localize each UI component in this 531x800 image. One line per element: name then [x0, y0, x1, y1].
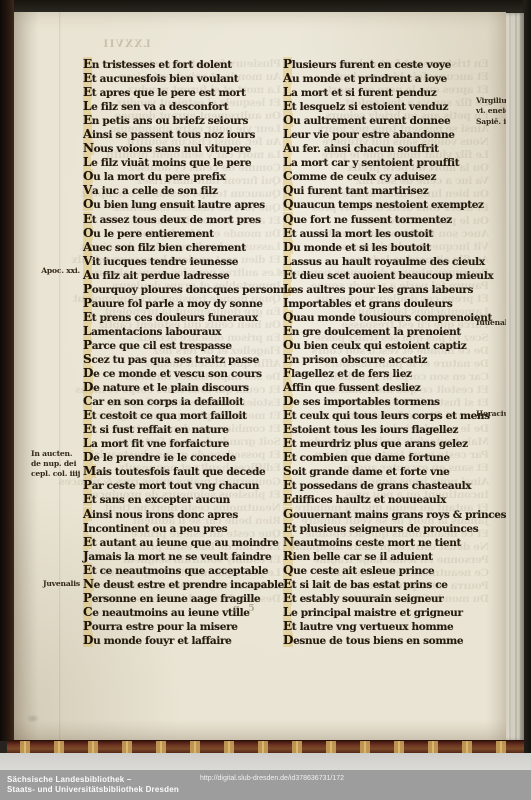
verse-line: Lamentacions labouraux — [83, 325, 283, 339]
verse-line: Affin que fussent desliez — [283, 381, 493, 395]
verse-line: La mort car y sentoient prouffit — [283, 156, 493, 170]
verse-line: Lassus au hault royaulme des cieulx — [283, 255, 493, 269]
verse-line: Et meurdriz plus que arans gelez — [283, 437, 493, 451]
margin-note-line: Apoc. xxi. — [30, 266, 80, 276]
paper-stain — [26, 714, 40, 723]
verse-line: Ou la mort du pere prefix — [83, 170, 283, 184]
verse-line: Leur vie pour estre abandonne — [283, 128, 493, 142]
verse-line: Parce que cil est trespasse — [83, 339, 283, 353]
verse-line: Ou aultrement eurent donnee — [283, 114, 493, 128]
verse-line: Comme de ceulx cy aduisez — [283, 170, 493, 184]
verse-line: En petis ans ou briefz seiours — [83, 114, 283, 128]
margin-note-line: In aucten. — [31, 449, 97, 459]
margin-note: Juvenalis — [30, 579, 80, 589]
verse-line: Qui furent tant martirisez — [283, 184, 493, 198]
verse-line: Et plusieus seigneurs de prouinces — [283, 522, 493, 536]
verse-line: Quau monde tousiours comprenoient — [283, 311, 493, 325]
verse-line: De nature et le plain discours — [83, 381, 283, 395]
verse-line: Ainsi se passent tous noz iours — [83, 128, 283, 142]
verse-line: Ou bien ceulx qui estoient captiz — [283, 339, 493, 353]
verse-line: Desnue de tous biens en somme — [283, 634, 493, 648]
verse-line: Nous voions sans nul vitupere — [83, 142, 283, 156]
verse-line: De ce monde et vescu son cours — [83, 367, 283, 381]
verse-line: Quaucun temps nestoient exemptez — [283, 198, 493, 212]
verse-line: Pourquoy ploures doncques personne — [83, 283, 283, 297]
verse-line: Et autant au ieune que au moindre — [83, 536, 283, 550]
verse-line: Et assez tous deux de mort pres — [83, 213, 283, 227]
library-name-line1: Sächsische Landesbibliothek – — [7, 775, 179, 785]
verse-line: Et si lait de bas estat prins ce — [283, 578, 493, 592]
signature-mark: g 5 — [233, 604, 258, 614]
library-name: Sächsische Landesbibliothek – Staats- un… — [7, 775, 179, 795]
verse-line: Du monde fouyr et laffaire — [83, 634, 283, 648]
verse-line: Et cestoit ce qua mort failloit — [83, 409, 283, 423]
show-through-folio-number: LXXVII — [102, 39, 151, 50]
verse-line: Le filz viuāt moins que le pere — [83, 156, 283, 170]
verse-line: Et prens ces douleurs funeraux — [83, 311, 283, 325]
verse-line: Et lautre vng vertueux homme — [283, 620, 493, 634]
verse-line: Ne deust estre et prendre incapable — [83, 578, 283, 592]
verse-line: De le prendre ie le concede — [83, 451, 283, 465]
verse-line: Ou le pere entierement — [83, 227, 283, 241]
verse-line: En prison obscure accatiz — [283, 353, 493, 367]
digitized-book-scan: LXXVII Plusieurs furent en ceste voyeAu … — [0, 0, 531, 800]
margin-note: Apoc. xxi. — [30, 266, 80, 276]
margin-note-line: cepl. col. iiij — [31, 469, 97, 479]
verse-line: Va iuc a celle de son filz — [83, 184, 283, 198]
gilt-page-edge — [7, 740, 524, 754]
verse-line: Le principal maistre et grigneur — [283, 606, 493, 620]
verse-line: La mort fit vne forfaicture — [83, 437, 283, 451]
verse-line: Au monde et prindrent a ioye — [283, 72, 493, 86]
verse-line: Vit iucques tendre ieunesse — [83, 255, 283, 269]
verse-line: Et aucunesfois bien voulant — [83, 72, 283, 86]
verse-line: Et sans en excepter aucun — [83, 493, 283, 507]
verse-line: Et estably souurain seigneur — [283, 592, 493, 606]
library-attribution-bar: Sächsische Landesbibliothek – Staats- un… — [0, 770, 531, 800]
book-fore-edge-pages — [506, 13, 524, 741]
verse-line: En tristesses et fort dolent — [83, 58, 283, 72]
verse-line: Jamais la mort ne se veult faindre — [83, 550, 283, 564]
verse-line: Et apres que le pere est mort — [83, 86, 283, 100]
verse-line: Et dieu scet auoient beaucoup mieulx — [283, 269, 493, 283]
book-binding-edge — [0, 0, 14, 741]
verse-line: Ainsi nous irons donc apres — [83, 508, 283, 522]
verse-line: Importables et grans douleurs — [283, 297, 493, 311]
verse-line: Au filz ait perdue ladresse — [83, 269, 283, 283]
verse-line: Le filz sen va a desconfort — [83, 100, 283, 114]
verse-line: Auec son filz bien cherement — [83, 241, 283, 255]
margin-note-line: Juvenalis — [30, 579, 80, 589]
scan-dark-border-top — [0, 0, 531, 12]
verse-line: Pauure fol parle a moy dy sonne — [83, 297, 283, 311]
verse-line: Car en son corps ia defailloit — [83, 395, 283, 409]
page-crease — [59, 12, 61, 741]
verse-line: Et aussi la mort les oustoit — [283, 227, 493, 241]
verse-line: Du monde et si les boutoit — [283, 241, 493, 255]
verse-line: Et combien que dame fortune — [283, 451, 493, 465]
verse-line: La mort et si furent penduz — [283, 86, 493, 100]
text-column-right: Plusieurs furent en ceste voyeAu monde e… — [283, 58, 493, 648]
verse-line: Incontinent ou a peu pres — [83, 522, 283, 536]
scanner-background-strip — [0, 753, 531, 770]
verse-line: De ses importables tormens — [283, 395, 493, 409]
verse-line: Gouuernant mains grans roys & princes — [283, 508, 493, 522]
verse-line: Neautmoins ceste mort ne tient — [283, 536, 493, 550]
verse-line: Les aultres pour les grans labeurs — [283, 283, 493, 297]
verse-line: Estoient tous les iours flagellez — [283, 423, 493, 437]
book-page: LXXVII Plusieurs furent en ceste voyeAu … — [14, 12, 506, 741]
verse-line: Rien belle car se il aduient — [283, 550, 493, 564]
text-column-left: En tristesses et fort dolentEt aucunesfo… — [83, 58, 283, 648]
source-url: http://digital.slub-dresden.de/id3786367… — [200, 775, 344, 782]
verse-line: Soit grande dame et forte vne — [283, 465, 493, 479]
verse-line: Que fort ne fussent tormentez — [283, 213, 493, 227]
verse-line: Flagellez et de fers liez — [283, 367, 493, 381]
verse-line: Scez tu pas qua ses traitz passe — [83, 353, 283, 367]
verse-line: Au fer. ainsi chacun souffrit — [283, 142, 493, 156]
verse-line: Plusieurs furent en ceste voye — [283, 58, 493, 72]
verse-line: Par ceste mort tout vng chacun — [83, 479, 283, 493]
verse-line: Et lesquelz si estoient venduz — [283, 100, 493, 114]
verse-line: Et si fust reffait en nature — [83, 423, 283, 437]
verse-line: Et ce neautmoins que acceptable — [83, 564, 283, 578]
verse-line: En gre doulcement la prenoient — [283, 325, 493, 339]
verse-line: Que ceste ait esleue prince — [283, 564, 493, 578]
verse-line: Et ceulx qui tous leurs corps et mens — [283, 409, 493, 423]
verse-line: Et possedans de grans chasteaulx — [283, 479, 493, 493]
verse-line: Pourra estre pour la misere — [83, 620, 283, 634]
margin-note-line: de nup. dei — [31, 459, 97, 469]
verse-line: Mais toutesfois fault que decede — [83, 465, 283, 479]
verse-line: Ou bien lung ensuit lautre apres — [83, 198, 283, 212]
margin-note: In aucten.de nup. deicepl. col. iiij — [31, 449, 97, 480]
verse-line: Ediffices haultz et nouueaulx — [283, 493, 493, 507]
library-name-line2: Staats- und Universitätsbibliothek Dresd… — [7, 785, 179, 795]
